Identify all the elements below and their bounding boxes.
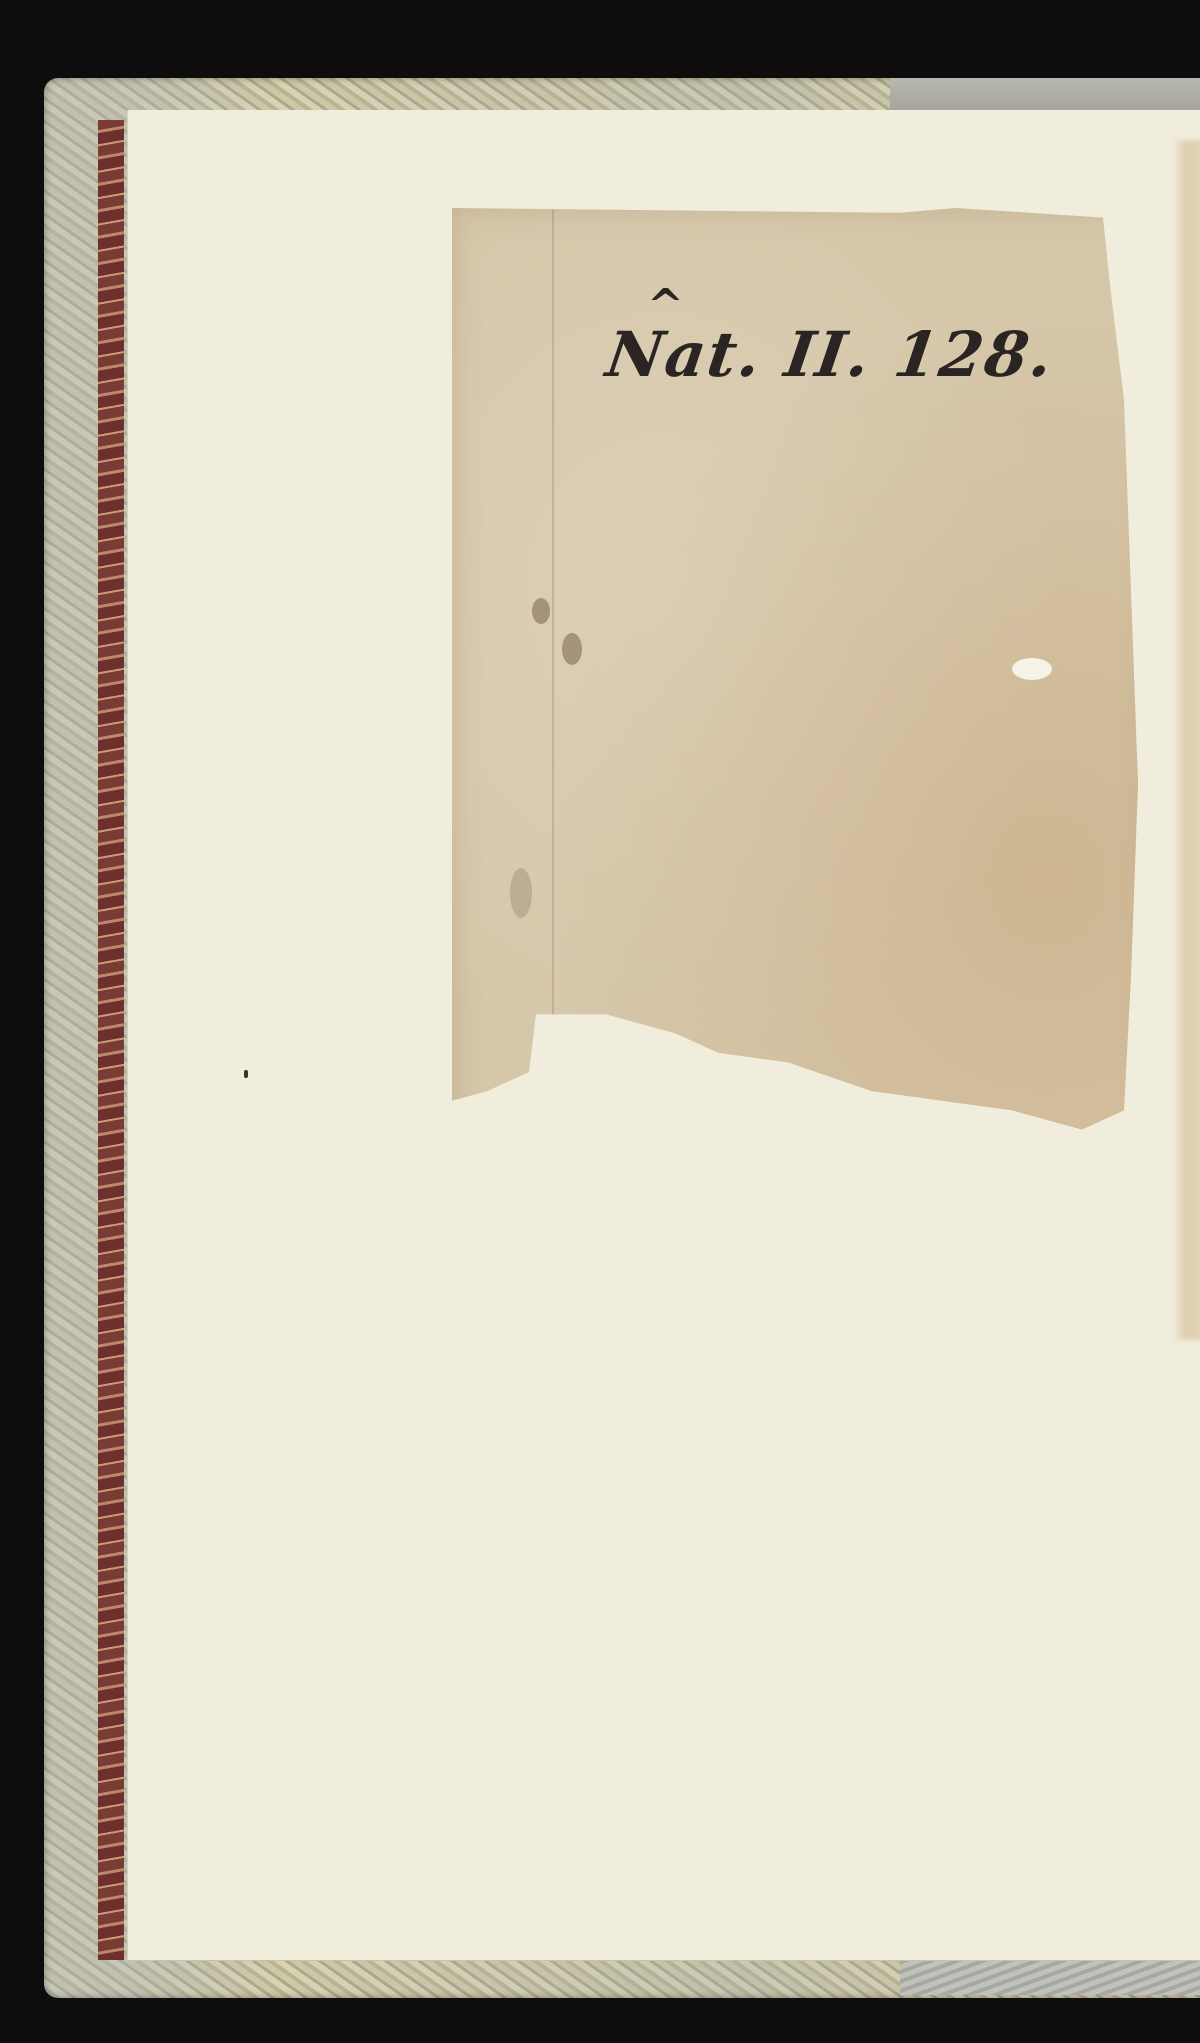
- board-edge-top-right: [890, 78, 1200, 112]
- stain-spot: [532, 598, 550, 624]
- marbled-spine-strip: [98, 120, 124, 1960]
- stain-spot: [562, 633, 582, 665]
- shelfmark-text: Nat. II. 128.: [602, 318, 1059, 391]
- label-hole: [1012, 658, 1052, 680]
- stain-spot: [510, 868, 532, 918]
- board-edge-bottom-right: [900, 1955, 1200, 1995]
- pencil-mark: [244, 1070, 248, 1078]
